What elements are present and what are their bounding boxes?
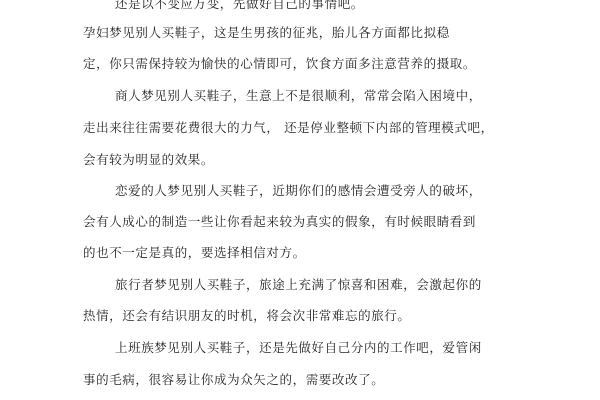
paragraph-line: 会有人成心的制造一些让你看起来较为真实的假象，有时候眼睛看到 (83, 214, 476, 230)
paragraph-line: 事的毛病，很容易让你成为众矢之的，需要改改了。 (83, 372, 384, 388)
paragraph-line: 会有较为明显的效果。 (83, 152, 214, 168)
paragraph-line: 商人梦见别人买鞋子，生意上不是很顺利，常常会陷入困境中， (115, 88, 482, 104)
paragraph-line: 旅行者梦见别人买鞋子，旅途上充满了惊喜和困难，会激起你的 (115, 277, 482, 293)
paragraph-line: 定，你只需保持较为愉快的心情即可，饮食方面多注意营养的摄取。 (83, 56, 476, 72)
paragraph-line: 上班族梦见别人买鞋子，还是先做好自己分内的工作吧，爱管闲 (115, 340, 482, 356)
paragraph-line: 热情，还会有结识朋友的时机，将会次非常难忘的旅行。 (83, 308, 411, 324)
paragraph-line: 还是以不变应万变，先做好自己的事情吧。 (115, 0, 364, 12)
paragraph-line: 恋爱的人梦见别人买鞋子，近期你们的感情会遭受旁人的破坏， (115, 183, 482, 199)
paragraph-line: 走出来往往需要花费很大的力气， 还是停业整顿下内部的管理模式吧， (83, 120, 494, 136)
paragraph-line: 孕妇梦见别人买鞋子，这是生男孩的征兆，胎儿各方面都比拟稳 (83, 25, 450, 41)
paragraph-line: 的也不一定是真的，要选择相信对方。 (83, 245, 306, 261)
document-page: 还是以不变应万变，先做好自己的事情吧。 孕妇梦见别人买鞋子，这是生男孩的征兆，胎… (0, 0, 600, 400)
